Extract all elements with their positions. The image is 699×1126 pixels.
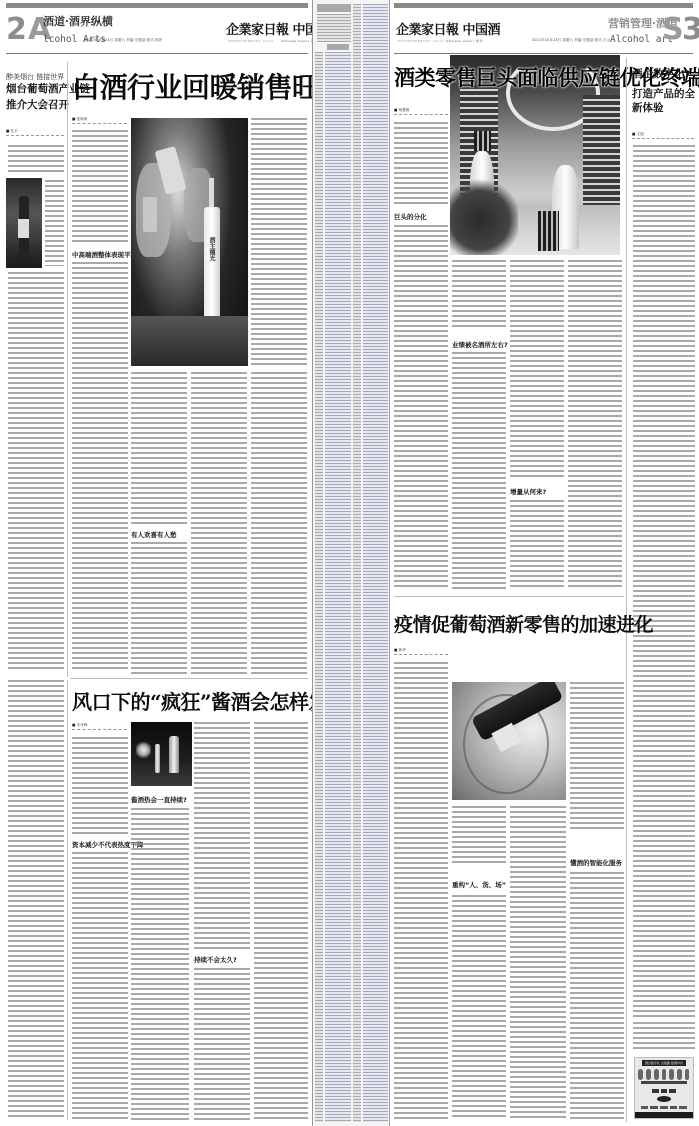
right-page: 企業家日報 中国酒 ENTREPRENEURS' DAILY Chinese l… [390,0,699,1126]
side-body-text [633,145,695,1020]
gutter-strip-d [363,4,388,1122]
sidebar-body-text-3 [8,680,64,1120]
page-number: 3 [682,12,699,47]
wine-body-col1 [394,662,448,1120]
left-masthead: 2 A 酒道·酒界纵横 lcohol Arts 2021年10月23日 星期六 … [0,10,312,52]
wine-body-col2b [452,895,506,1120]
sidebar-body-text-wrap [45,180,64,266]
second-body-col2 [131,808,189,1120]
side-title-1: 酒企数字化 [632,68,685,82]
infographic-title: 酒企数字化 全链路 数据中台 [642,1060,686,1065]
sidebar-byline: 孔宇 [6,129,64,136]
lead-body-col3-lower [191,372,247,674]
lead-body-col4-lower [251,372,307,674]
lead-body-col2 [452,260,506,330]
wine-body-col3 [510,806,566,1120]
sidebar-body-text-2 [8,272,64,672]
lead-body-col1b [72,262,128,672]
wine-bottle-rack-photo [452,682,566,800]
lead-subhead-3: 增量从何来? [510,487,546,496]
brand-english: ENTREPRENEURS' DAILY [228,39,274,43]
date-line: 2021年10月23日 星期六 责编:尤施蓓 版式:郭婷 [84,38,162,43]
lead-body-col4 [568,260,622,590]
digitalization-infographic: 酒企数字化 全链路 数据中台 [634,1057,694,1119]
page-number: 2 [6,12,27,47]
wine-subhead-1: 重构“人、货、场” [452,880,506,889]
second-subhead-3: 持续不会太久? [194,955,237,964]
date-line: 2021年10月23日 星期六 责编:尤施蓓 版式:王山 [532,38,610,43]
story-divider [70,678,308,679]
wine-body-col2 [452,806,506,866]
baijiu-photo: 酒主德光 [131,118,248,366]
gutter-strip-b [325,52,351,1122]
column-divider-2 [67,680,68,1120]
center-gutter [312,0,390,1126]
wine-body-col4b [570,872,624,1120]
lead-byline: 杨慧娟 [394,108,448,115]
masthead-rule [394,53,693,54]
side-byline: 文旭 [632,132,694,139]
gutter-block-title [317,4,351,12]
lead-body-col2b [452,352,506,590]
lead-byline: 张海家 [72,117,127,124]
brand-sub: Chinese liquor 周刊 [446,39,483,43]
lead-body-col2-bottom [131,542,187,674]
bottle-label: 酒主德光 [207,237,216,261]
lead-body-col3 [251,118,307,368]
sidebar-body-text [8,145,64,173]
second-body-col1b [72,852,128,1120]
gutter-notice [317,14,351,42]
column-divider [626,58,627,1122]
lead-subhead-1: 中高端酒整体表现平稳 [72,250,137,259]
wine-byline: 新华 [394,648,448,655]
brand-english: ENTREPRENEURS' DAILY [398,39,444,43]
lead-body-col1 [72,130,128,245]
left-top-bar [6,3,308,8]
lead-body-col3 [510,260,564,480]
right-masthead: 企業家日報 中国酒 ENTREPRENEURS' DAILY Chinese l… [390,10,699,52]
glassware-photo [131,722,192,786]
gutter-strip-a [315,52,323,1122]
lead-subhead-2: 业绩被名酒所左右? [452,340,508,349]
second-body-col3 [194,722,250,952]
right-top-bar [394,3,693,8]
second-subhead-1: 酱酒热会一直持续? [131,795,187,804]
wine-body-col4 [570,682,624,832]
masthead-rule [6,53,308,54]
wine-bottle-photo [6,178,42,268]
wine-headline: 疫情促葡萄酒新零售的加速进化 [394,610,653,637]
page-letter: S [662,12,684,47]
second-byline: 朱丹锋 [72,723,127,730]
gutter-strip-c [353,4,361,1122]
brand-logo: 企業家日報 中国酒 [396,19,500,38]
gutter-block-title-2 [327,44,349,50]
sidebar-kicker: 醉美烟台 链接世界 [6,72,64,82]
story-divider [394,596,624,597]
second-body-col3b [194,968,250,1120]
sidebar-title-2: 推介大会召开 [6,99,69,113]
second-body-col1 [72,737,128,835]
second-body-col4 [254,722,308,1120]
side-body-end [633,1022,695,1050]
side-title-2: 打造产品的全新体验 [632,88,699,115]
lead-subhead-2: 有人欢喜有人愁 [131,530,177,539]
lead-body-col1b [394,225,448,590]
lead-body-col1 [394,122,448,207]
column-divider [67,62,68,677]
section-title: 酒道·酒界纵横 [43,13,113,29]
left-page: 2 A 酒道·酒界纵横 lcohol Arts 2021年10月23日 星期六 … [0,0,312,1126]
wine-subhead-2: 懂酒的智能化服务 [570,858,622,867]
lead-body-col3b [510,500,564,590]
lead-body-col2-lower [131,372,187,527]
lead-subhead-1: 巨头的分化 [394,212,427,221]
